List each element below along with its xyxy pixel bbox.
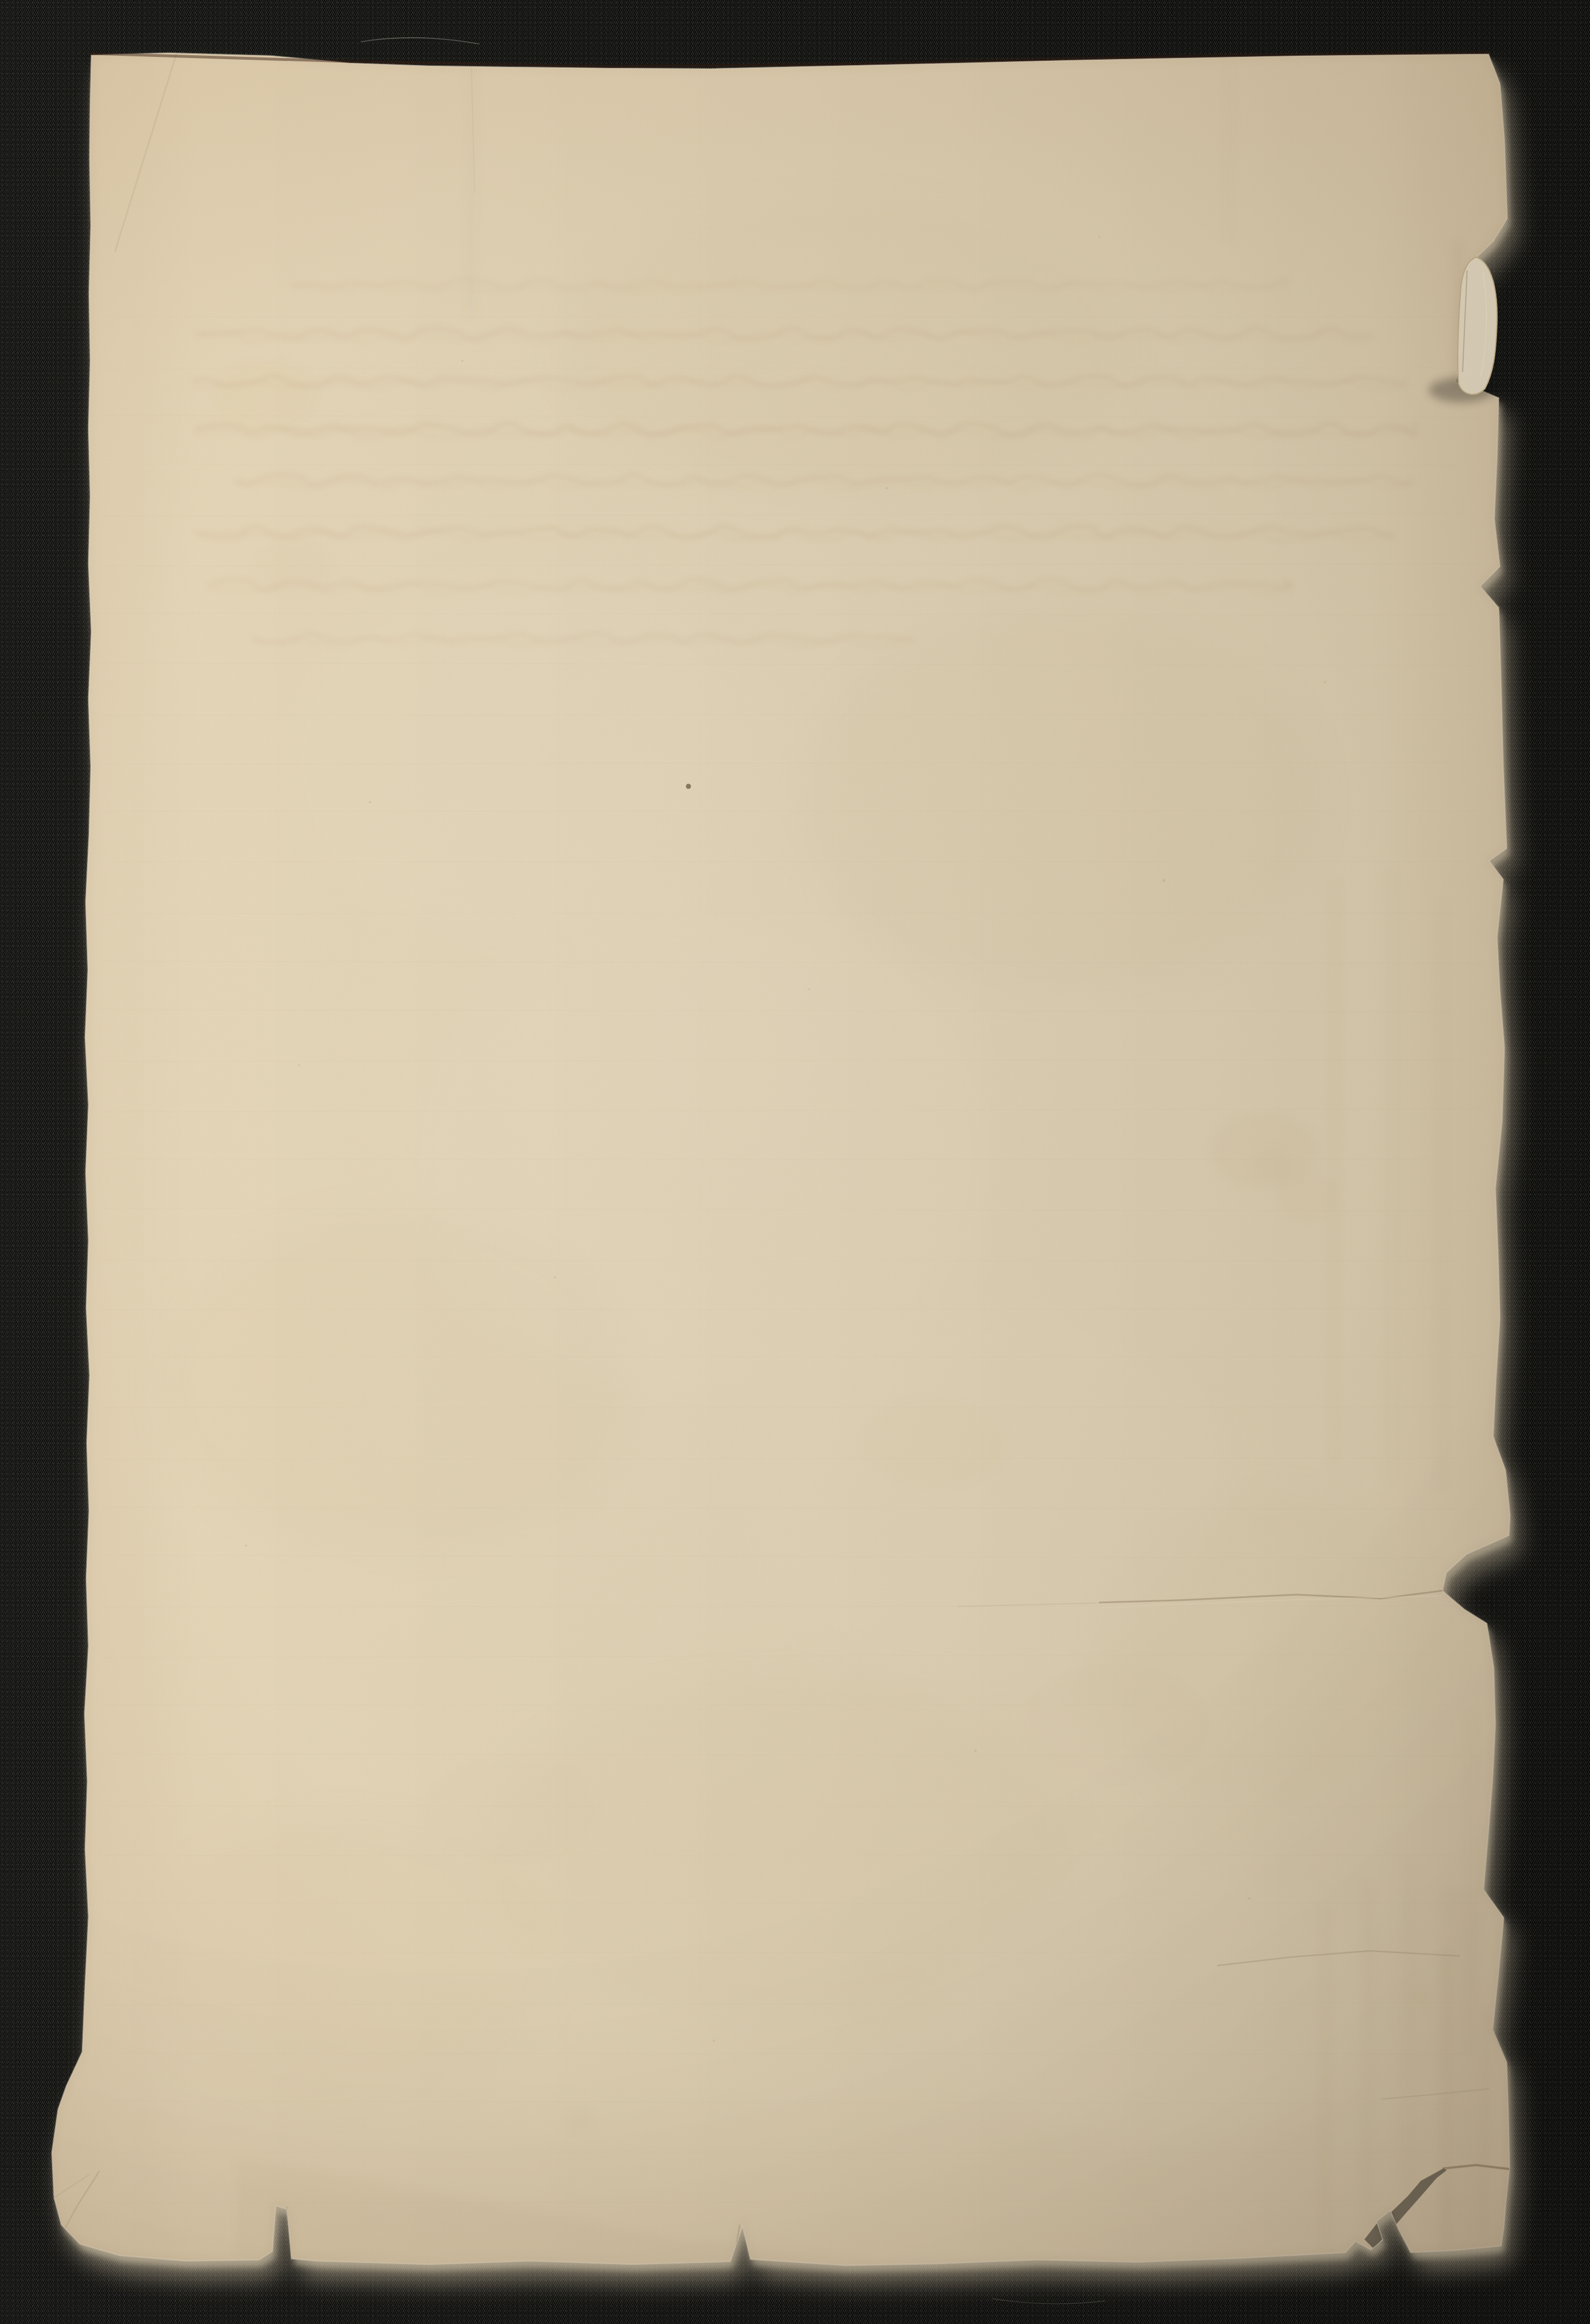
lint-hair [361, 38, 479, 44]
scanned-document-page [0, 0, 1590, 2324]
lint-hair [992, 2299, 1105, 2304]
torn-corner-flap [1457, 257, 1497, 395]
torn-edge-fiber-highlight [52, 53, 1510, 2265]
scanner-bed-fabric-background [0, 0, 1590, 2324]
